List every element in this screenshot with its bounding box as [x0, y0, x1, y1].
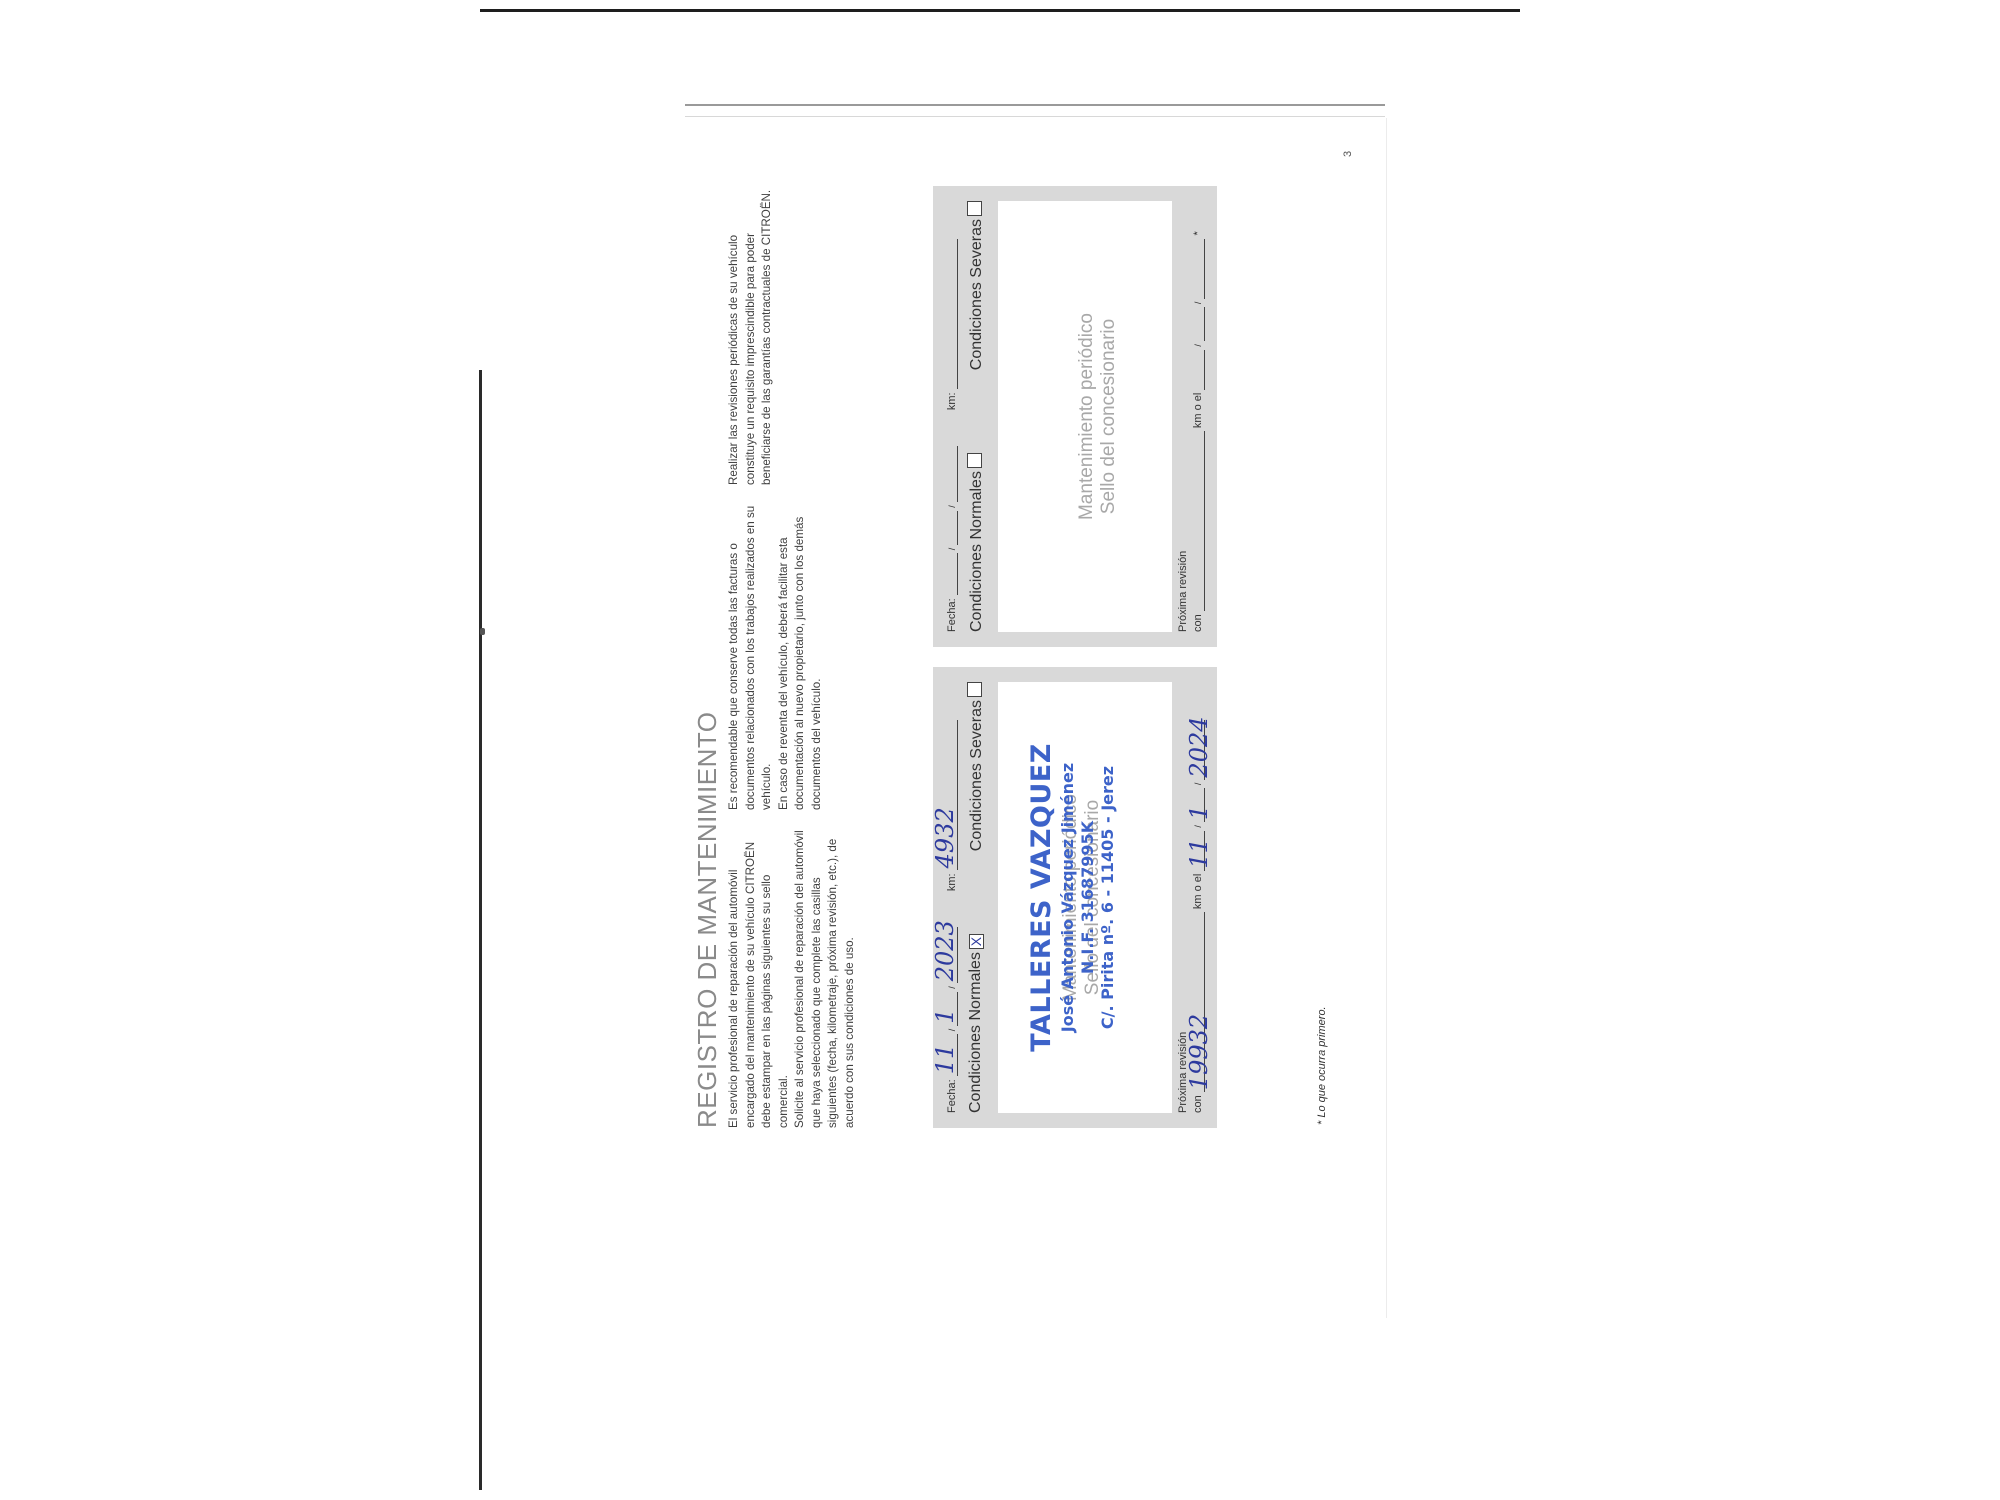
fecha-day-field[interactable]: 11	[943, 1034, 958, 1076]
proxima-year-field[interactable]	[1190, 239, 1205, 299]
km-field[interactable]	[943, 239, 958, 389]
intro-column-3: Realizar las revisiones periódicas de su…	[726, 185, 776, 485]
scan-top-edge	[480, 9, 1520, 12]
fecha-month-field[interactable]: 1	[943, 992, 958, 1026]
fecha-day-field[interactable]	[943, 553, 958, 595]
page-edge	[1386, 118, 1387, 1318]
date-km-row: Fecha: // km:	[943, 239, 958, 632]
stamp-placeholder: Mantenimiento periódico Sello del conces…	[1076, 201, 1120, 632]
paragraph: Realizar las revisiones periódicas de su…	[726, 185, 776, 485]
maintenance-record-card-2: Fecha: // km: Condiciones Normales Condi…	[933, 186, 1217, 647]
normales-label: Condiciones Normales	[968, 471, 985, 632]
page-edge-shadow	[685, 116, 1385, 117]
proxima-km-field[interactable]	[1190, 431, 1205, 611]
scan-left-edge	[479, 370, 482, 1490]
km-label: km:	[946, 873, 958, 891]
normales-label: Condiciones Normales	[967, 952, 984, 1113]
maintenance-record-page: REGISTRO DE MANTENIMIENTO El servicio pr…	[680, 140, 1360, 1150]
fecha-month-field[interactable]	[943, 511, 958, 545]
next-revision-row: Próxima revisión con km o el // *	[1176, 231, 1205, 632]
proxima-day-field[interactable]: 11	[1190, 831, 1205, 871]
km-label: km:	[946, 392, 958, 410]
stamp-address: C/. Pirita nº. 6 - 11405 - Jerez	[1098, 682, 1118, 1113]
intro-column-1: El servicio profesional de reparación de…	[726, 828, 858, 1128]
fecha-label: Fecha:	[946, 598, 958, 632]
maintenance-record-card-1: Fecha: 11/1/2023 km: 4932 Condiciones No…	[933, 667, 1217, 1128]
normales-checkbox[interactable]: X	[969, 934, 984, 949]
stamp-nif: N.I.F. 31687995K	[1078, 682, 1098, 1113]
proxima-day-field[interactable]	[1190, 350, 1205, 390]
proxima-month-field[interactable]: 1	[1190, 788, 1205, 822]
proxima-month-field[interactable]	[1190, 307, 1205, 341]
page-title: REGISTRO DE MANTENIMIENTO	[692, 712, 723, 1129]
conditions-row: Condiciones NormalesX Condiciones Severa…	[967, 682, 985, 1113]
severas-label: Condiciones Severas	[968, 700, 985, 851]
paragraph: El servicio profesional de reparación de…	[726, 828, 792, 1128]
severas-label: Condiciones Severas	[968, 219, 985, 370]
page-edge-shadow	[685, 104, 1385, 106]
proxima-km-field[interactable]: 19932	[1190, 912, 1205, 1092]
stamp-area: Mantenimiento periódico Sello del conces…	[998, 682, 1172, 1113]
dealer-stamp: TALLERES VAZQUEZ José Antonio Vázquez Ji…	[1026, 682, 1118, 1113]
scan-artifact	[480, 628, 485, 635]
footnote: * Lo que ocurra primero.	[1316, 1006, 1328, 1125]
next-revision-row: Próxima revisión con 19932 km o el 11/1/…	[1176, 720, 1205, 1113]
page-number: 3	[1342, 151, 1354, 157]
stamp-area: Mantenimiento periódico Sello del conces…	[998, 201, 1172, 632]
km-field[interactable]: 4932	[943, 720, 958, 870]
severas-checkbox[interactable]	[967, 201, 982, 216]
fecha-year-field[interactable]	[943, 446, 958, 502]
proxima-year-field[interactable]: 2024	[1190, 720, 1205, 780]
fecha-year-field[interactable]: 2023	[943, 927, 958, 983]
paragraph: En caso de reventa del vehículo, deberá …	[776, 505, 826, 810]
paragraph: Es recomendable que conserve todas las f…	[726, 505, 776, 810]
paragraph: Solicite al servicio profesional de repa…	[792, 828, 858, 1128]
normales-checkbox[interactable]	[967, 453, 982, 468]
proxima-label: Próxima revisión	[1176, 231, 1190, 632]
conditions-row: Condiciones Normales Condiciones Severas	[967, 201, 986, 632]
stamp-owner: José Antonio Vázquez Jiménez	[1058, 682, 1078, 1113]
date-km-row: Fecha: 11/1/2023 km: 4932	[943, 720, 958, 1113]
stamp-name: TALLERES VAZQUEZ	[1026, 682, 1058, 1113]
severas-checkbox[interactable]	[967, 682, 982, 697]
intro-column-2: Es recomendable que conserve todas las f…	[726, 505, 825, 810]
fecha-label: Fecha:	[946, 1079, 958, 1113]
